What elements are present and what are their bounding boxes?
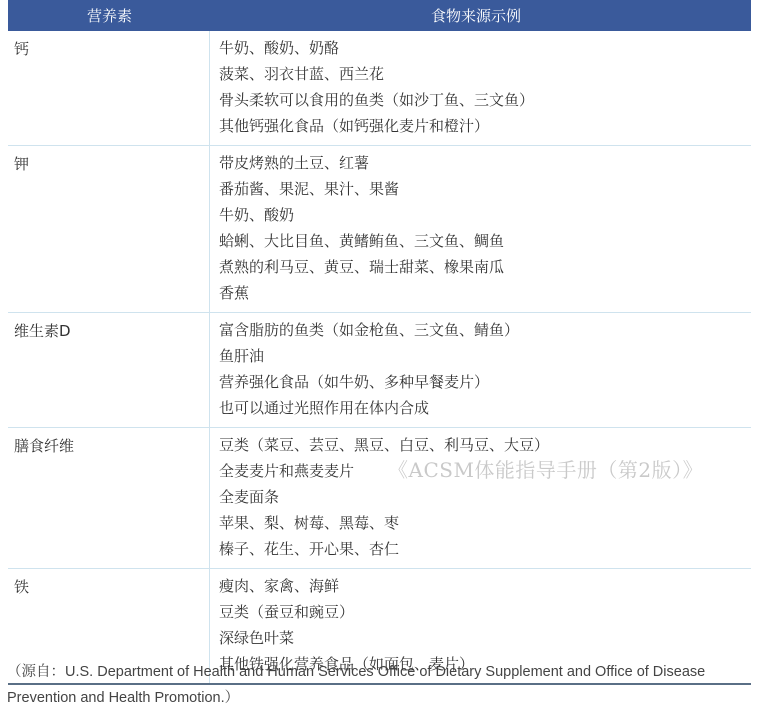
source-line: 苹果、梨、树莓、黑莓、枣: [219, 510, 751, 536]
source-line: 鱼肝油: [219, 343, 751, 369]
footnote-line-2: Prevention and Health Promotion.）: [7, 685, 757, 706]
source-line: 深绿色叶菜: [219, 625, 751, 651]
source-line: 豆类（蚕豆和豌豆）: [219, 599, 751, 625]
source-line: 煮熟的利马豆、黄豆、瑞士甜菜、橡果南瓜: [219, 254, 751, 280]
nutrient-cell: 膳食纤维: [8, 428, 210, 568]
source-line: 榛子、花生、开心果、杏仁: [219, 536, 751, 562]
header-food-sources: 食物来源示例: [211, 5, 751, 26]
nutrient-food-source-table: 营养素 食物来源示例 钙 牛奶、酸奶、奶酪 菠菜、羽衣甘蓝、西兰花 骨头柔软可以…: [8, 0, 751, 685]
sources-cell: 豆类（菜豆、芸豆、黑豆、白豆、利马豆、大豆） 全麦麦片和燕麦麦片 全麦面条 苹果…: [210, 428, 751, 568]
source-line: 菠菜、羽衣甘蓝、西兰花: [219, 61, 751, 87]
source-line: 番茄酱、果泥、果汁、果酱: [219, 176, 751, 202]
nutrient-cell: 维生素D: [8, 313, 210, 427]
source-line: 瘦肉、家禽、海鲜: [219, 573, 751, 599]
nutrient-cell: 钙: [8, 31, 210, 145]
table-row: 膳食纤维 豆类（菜豆、芸豆、黑豆、白豆、利马豆、大豆） 全麦麦片和燕麦麦片 全麦…: [8, 428, 751, 569]
source-line: 营养强化食品（如牛奶、多种早餐麦片）: [219, 369, 751, 395]
nutrient-cell: 钾: [8, 146, 210, 312]
header-nutrient: 营养素: [8, 5, 211, 26]
table-row: 维生素D 富含脂肪的鱼类（如金枪鱼、三文鱼、鲭鱼） 鱼肝油 营养强化食品（如牛奶…: [8, 313, 751, 428]
source-line: 牛奶、酸奶、奶酪: [219, 35, 751, 61]
source-line: 其他钙强化食品（如钙强化麦片和橙汁）: [219, 113, 751, 139]
source-footnote: （源自：U.S. Department of Health and Human …: [7, 659, 757, 706]
table-row: 钾 带皮烤熟的土豆、红薯 番茄酱、果泥、果汁、果酱 牛奶、酸奶 蛤蜊、大比目鱼、…: [8, 146, 751, 313]
footnote-line-1: （源自：U.S. Department of Health and Human …: [7, 659, 757, 685]
table-header: 营养素 食物来源示例: [8, 0, 751, 31]
source-line: 蛤蜊、大比目鱼、黄鳍鲔鱼、三文鱼、鲷鱼: [219, 228, 751, 254]
source-line: 带皮烤熟的土豆、红薯: [219, 150, 751, 176]
source-line: 牛奶、酸奶: [219, 202, 751, 228]
table-row: 钙 牛奶、酸奶、奶酪 菠菜、羽衣甘蓝、西兰花 骨头柔软可以食用的鱼类（如沙丁鱼、…: [8, 31, 751, 146]
source-line: 也可以通过光照作用在体内合成: [219, 395, 751, 421]
source-line: 全麦面条: [219, 484, 751, 510]
source-line: 富含脂肪的鱼类（如金枪鱼、三文鱼、鲭鱼）: [219, 317, 751, 343]
sources-cell: 牛奶、酸奶、奶酪 菠菜、羽衣甘蓝、西兰花 骨头柔软可以食用的鱼类（如沙丁鱼、三文…: [210, 31, 751, 145]
sources-cell: 带皮烤熟的土豆、红薯 番茄酱、果泥、果汁、果酱 牛奶、酸奶 蛤蜊、大比目鱼、黄鳍…: [210, 146, 751, 312]
source-line: 香蕉: [219, 280, 751, 306]
book-watermark: 《ACSM体能指导手册（第2版）》: [388, 454, 703, 483]
source-line: 骨头柔软可以食用的鱼类（如沙丁鱼、三文鱼）: [219, 87, 751, 113]
sources-cell: 富含脂肪的鱼类（如金枪鱼、三文鱼、鲭鱼） 鱼肝油 营养强化食品（如牛奶、多种早餐…: [210, 313, 751, 427]
